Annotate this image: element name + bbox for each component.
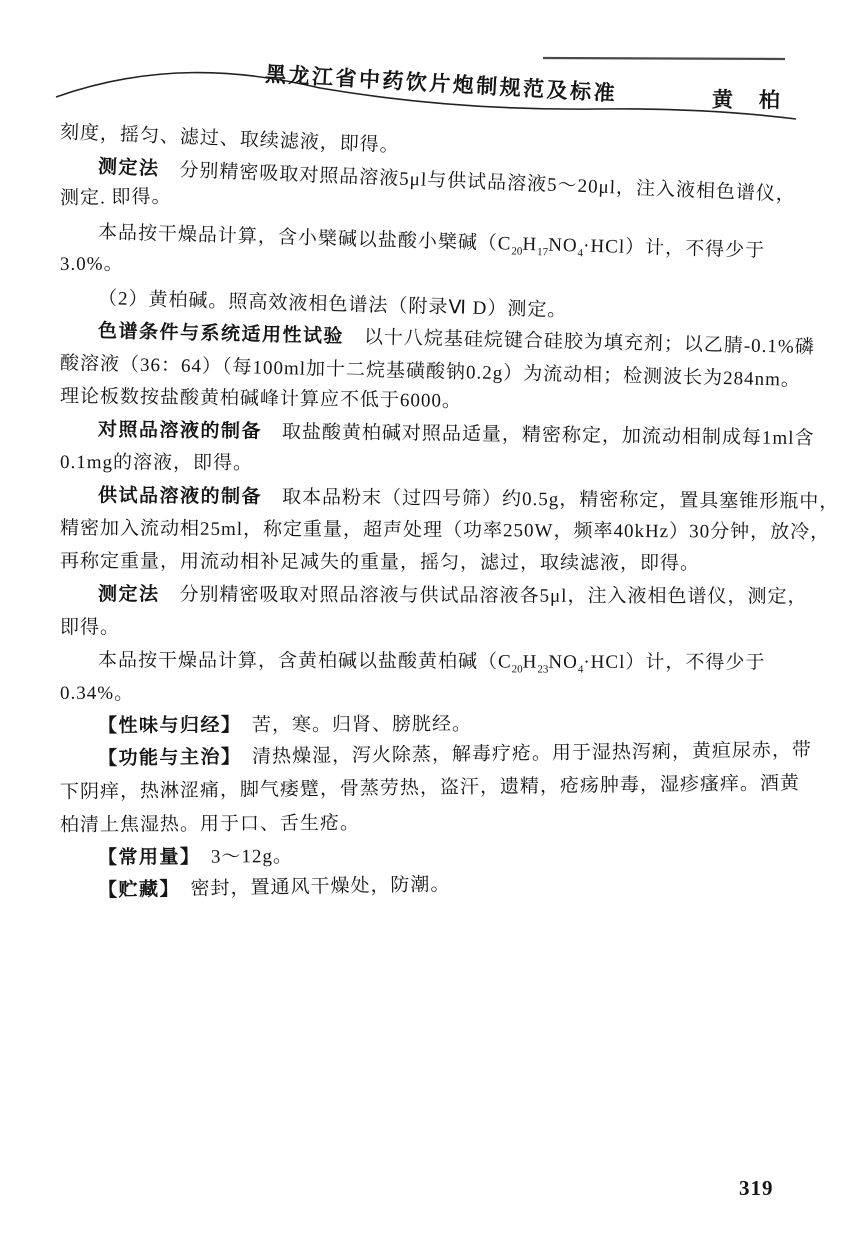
formula-subscript: 20 [512, 663, 523, 675]
bold-label: 【性味与归经】 [98, 715, 232, 737]
text-run: H [523, 652, 538, 673]
document-body: 刻度，摇匀、滤过、取续滤液，即得。测定法 分别精密吸取对照品溶液5μl与供试品溶… [60, 116, 794, 908]
text-run: 以十八烷基硅烷键合硅胶为填充剂；以乙腈-0.1%磷 [344, 326, 815, 358]
text-line: 精密加入流动相25ml，称定重量，超声处理（功率250W，频率40kHz）30分… [60, 512, 794, 549]
text-run: 苦，寒。归肾、膀胱经。 [232, 714, 472, 736]
text-run: ·HCl）计，不得少于 [583, 652, 765, 674]
text-run: 本品按干燥品计算，含黄柏碱以盐酸黄柏碱（C [98, 650, 512, 672]
scanned-document-page: 黑龙江省中药饮片炮制规范及标准 黄 柏 刻度，摇匀、滤过、取续滤液，即得。测定法… [0, 0, 850, 1254]
formula-subscript: 23 [537, 663, 548, 675]
bold-label: 测定法 [98, 584, 160, 605]
text-line: 0.1mg的溶液，即得。 [60, 446, 794, 483]
text-run: 3.0%。 [60, 253, 124, 275]
bold-label: 【贮藏】 [98, 879, 171, 901]
text-line: 测定法 分别精密吸取对照品溶液与供试品溶液各5μl，注入液相色谱仪，测定， [60, 578, 794, 614]
text-run: 下阴痒，热淋涩痛，脚气痿躄，骨蒸劳热，盗汗，遗精，疮疡肿毒，湿疹瘙痒。酒黄 [60, 773, 800, 803]
bold-label: 测定法 [98, 157, 160, 180]
text-run: 密封，置通风干燥处，防潮。 [170, 874, 450, 900]
text-run: 精密加入流动相25ml，称定重量，超声处理（功率250W，频率40kHz）30分… [60, 518, 830, 543]
bold-label: 【常用量】 [98, 847, 191, 869]
text-run: 再称定重量，用流动相补足减失的重量，摇匀，滤过，取续滤液，即得。 [60, 551, 700, 574]
text-line: 即得。 [60, 611, 794, 644]
text-run: 清热燥湿，泻火除蒸，解毒疗疮。用于湿热泻痢，黄疸尿赤，带 [232, 740, 812, 768]
text-line: 再称定重量，用流动相补足减失的重量，摇匀，滤过，取续滤液，即得。 [60, 545, 794, 581]
bold-label: 色谱条件与系统适用性试验 [98, 321, 344, 348]
text-run: 3～12g。 [191, 846, 293, 868]
text-run: 理论板数按盐酸黄柏碱峰计算应不低于6000。 [60, 386, 462, 412]
text-run: 分别精密吸取对照品溶液与供试品溶液各5μl，注入液相色谱仪，测定， [159, 584, 807, 607]
text-line: 0.34%。 [60, 677, 794, 710]
bold-label: 供试品溶液的制备 [98, 485, 262, 507]
text-run: NO [548, 652, 578, 673]
text-run: 取本品粉末（过四号筛）约0.5g，精密称定，置具塞锥形瓶中， [262, 487, 839, 513]
text-line: 本品按干燥品计算，含黄柏碱以盐酸黄柏碱（C20H23NO4·HCl）计，不得少于 [60, 644, 794, 680]
text-run: 即得。 [60, 617, 120, 638]
bold-label: 【功能与主治】 [98, 747, 232, 770]
text-run: 柏清上焦湿热。用于口、舌生疮。 [60, 813, 360, 836]
text-run: 测定. 即得。 [60, 186, 172, 209]
text-line: 3.0%。 [60, 242, 794, 281]
bold-label: 对照品溶液的制备 [98, 419, 262, 442]
page-edge-rule [543, 58, 785, 59]
running-head-chapter-title: 黄 柏 [712, 84, 790, 115]
text-run: 取盐酸黄柏碱对照品适量，精密称定，加流动相制成每1ml含 [262, 421, 815, 449]
text-run: 0.1mg的溶液，即得。 [60, 452, 253, 474]
page-number: 319 [739, 1176, 774, 1201]
text-run: 0.34%。 [60, 683, 134, 704]
